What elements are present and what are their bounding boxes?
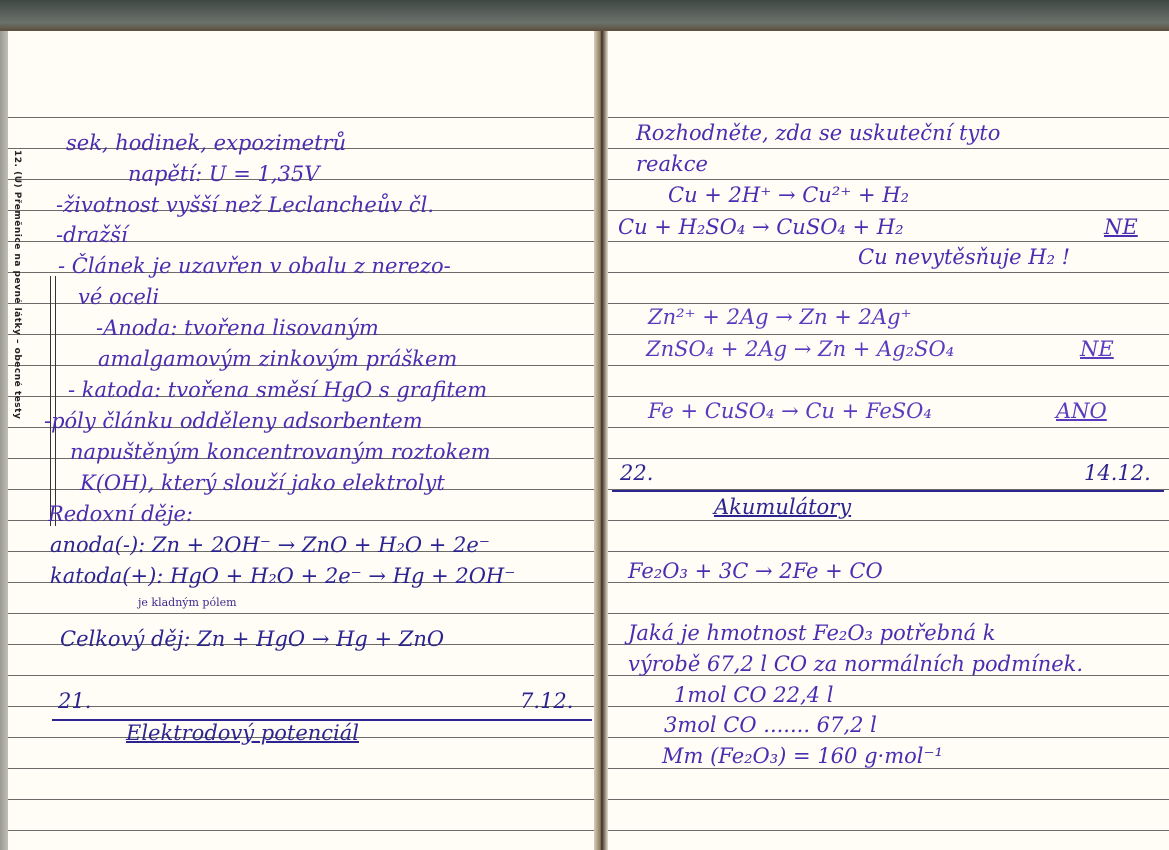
answer-no: NE [1104, 217, 1138, 238]
handwritten-line: výrobě 67,2 l CO za normálních podmínek. [628, 654, 1083, 675]
ruled-line [604, 737, 1169, 738]
handwritten-calculation: 1mol CO 22,4 l [674, 685, 833, 706]
handwritten-equation: Fe₂O₃ + 3C → 2Fe + CO [628, 561, 883, 582]
handwritten-line: sek, hodinek, expozimetrů [66, 133, 346, 154]
handwritten-line: napuštěným koncentrovaným roztokem [70, 442, 491, 463]
notebook-gutter [594, 31, 608, 850]
section-title: Elektrodový potenciál [126, 723, 359, 744]
ruled-line [604, 365, 1169, 366]
handwritten-line: amalgamovým zinkovým práškem [98, 349, 457, 370]
handwritten-line: -dražší [56, 225, 128, 246]
ruled-line [604, 458, 1169, 459]
ruled-line [8, 613, 602, 614]
handwritten-equation: katoda(+): HgO + H₂O + 2e⁻ → Hg + 2OH⁻ [50, 566, 515, 587]
ruled-line [8, 768, 602, 769]
ruled-line [604, 613, 1169, 614]
handwritten-equation: Fe + CuSO₄ → Cu + FeSO₄ [648, 401, 932, 422]
handwritten-equation: Cu + 2H⁺ → Cu²⁺ + H₂ [668, 185, 909, 206]
ruled-line [604, 551, 1169, 552]
handwritten-equation: anoda(-): Zn + 2OH⁻ → ZnO + H₂O + 2e⁻ [50, 535, 490, 556]
handwritten-equation: Cu + H₂SO₄ → CuSO₄ + H₂ [618, 217, 904, 238]
handwritten-note: Cu nevytěsňuje H₂ ! [858, 247, 1070, 268]
handwritten-line: napětí: U = 1,35V [128, 164, 319, 185]
ruled-line [604, 210, 1169, 211]
ruled-line [604, 768, 1169, 769]
ruled-line [604, 303, 1169, 304]
left-page: sek, hodinek, expozimetrů napětí: U = 1,… [8, 31, 602, 850]
ruled-line [8, 675, 602, 676]
ruled-line [8, 117, 602, 118]
margin-printed-text: 12. (U) Přeměnice na pevné látky – obecn… [10, 150, 22, 440]
ruled-line [604, 830, 1169, 831]
right-page: Rozhodněte, zda se uskuteční tyto reakce… [604, 31, 1169, 850]
section-number: 21. [58, 691, 91, 712]
section-number: 22. [620, 463, 653, 484]
section-title: Akumulátory [714, 497, 851, 518]
section-date: 7.12. [520, 691, 573, 712]
ruled-line [604, 241, 1169, 242]
handwritten-calculation: 3mol CO ....... 67,2 l [664, 715, 877, 736]
scanner-top-edge [0, 0, 1169, 32]
handwritten-line: K(OH), který slouží jako elektrolyt [80, 473, 445, 494]
handwritten-line: reakce [636, 154, 708, 175]
ruled-line [8, 830, 602, 831]
ruled-line [8, 706, 602, 707]
handwritten-line: vé oceli [78, 287, 159, 308]
ruled-line [604, 334, 1169, 335]
section-underline [612, 490, 1164, 492]
section-date: 14.12. [1084, 463, 1151, 484]
handwritten-line: Rozhodněte, zda se uskuteční tyto [636, 123, 1000, 144]
answer-yes: ANO [1056, 401, 1107, 422]
handwritten-calculation: Mm (Fe₂O₃) = 160 g·mol⁻¹ [662, 746, 943, 767]
handwritten-annotation: je kladným pólem [138, 597, 237, 608]
ruled-line [604, 520, 1169, 521]
margin-double-rule [50, 276, 56, 526]
handwritten-line: Redoxní děje: [48, 504, 193, 525]
ruled-line [604, 396, 1169, 397]
handwritten-line: -Anoda: tvořena lisovaným [96, 318, 379, 339]
handwritten-equation: ZnSO₄ + 2Ag → Zn + Ag₂SO₄ [646, 339, 954, 360]
ruled-line [8, 799, 602, 800]
ruled-line [604, 272, 1169, 273]
handwritten-line: -póly článku odděleny adsorbentem [44, 411, 423, 432]
ruled-line [604, 427, 1169, 428]
handwritten-line: - katoda: tvořena směsí HgO s grafitem [68, 380, 487, 401]
ruled-line [604, 117, 1169, 118]
handwritten-line: Jaká je hmotnost Fe₂O₃ potřebná k [628, 623, 996, 644]
ruled-line [604, 179, 1169, 180]
handwritten-line: -životnost vyšší než Leclancheův čl. [56, 195, 434, 216]
ruled-line [604, 799, 1169, 800]
ruled-line [604, 148, 1169, 149]
answer-no: NE [1080, 339, 1114, 360]
handwritten-equation: Zn²⁺ + 2Ag → Zn + 2Ag⁺ [648, 307, 912, 328]
handwritten-line: - Článek je uzavřen v obalu z nerezo- [58, 256, 451, 277]
handwritten-equation: Celkový děj: Zn + HgO → Hg + ZnO [60, 629, 444, 650]
